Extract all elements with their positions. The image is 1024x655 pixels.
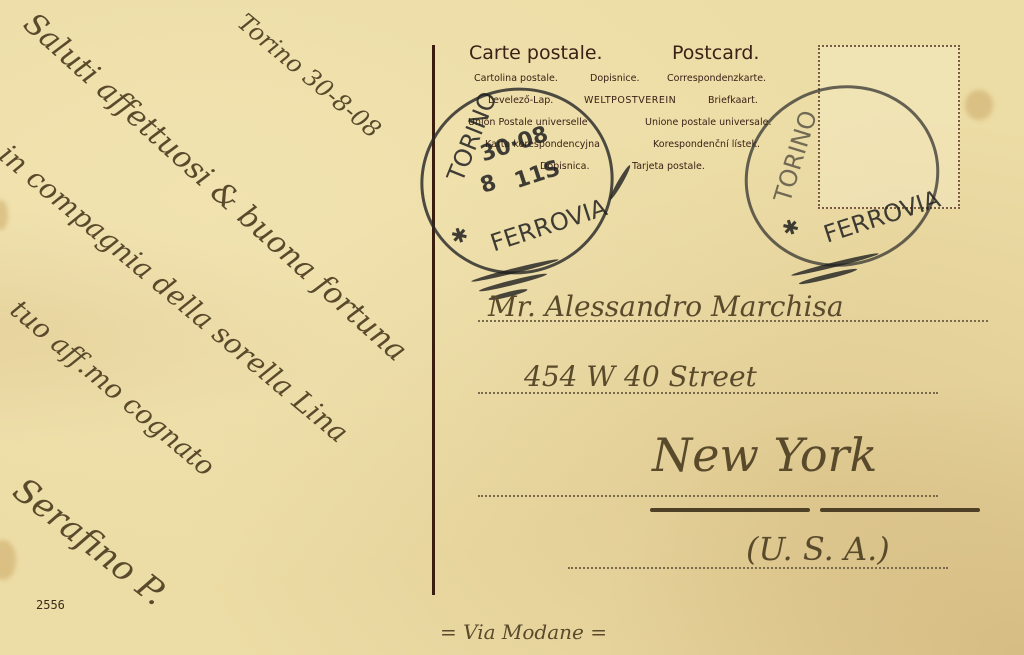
title-postcard: Postcard. bbox=[672, 42, 759, 64]
postmark-city: TORINO bbox=[769, 107, 823, 205]
title-carte-postale: Carte postale. bbox=[469, 42, 603, 64]
address-city: New York bbox=[652, 428, 877, 482]
address-street: 454 W 40 Street bbox=[524, 360, 757, 393]
postmark-code: 11S bbox=[511, 156, 563, 194]
postcard: Carte postale. Postcard. Cartolina posta… bbox=[0, 0, 1024, 655]
city-underline bbox=[650, 508, 810, 512]
star-icon: ✱ bbox=[779, 213, 802, 241]
postmark-office: FERROVIA bbox=[820, 185, 943, 249]
address-line-1 bbox=[478, 320, 988, 322]
postmark-office: FERROVIA bbox=[487, 193, 610, 257]
place-date: Torino 30-8-08 bbox=[232, 8, 386, 144]
age-stain bbox=[0, 200, 8, 230]
star-icon: ✱ bbox=[448, 221, 471, 249]
language-label: Unione postale universale. bbox=[645, 117, 771, 128]
postmark-city: TORINO bbox=[442, 88, 503, 186]
address-country: (U. S. A.) bbox=[746, 530, 890, 568]
age-stain bbox=[0, 540, 16, 580]
routing-via-modane: = Via Modane = bbox=[440, 620, 607, 644]
signature: Serafino P. bbox=[5, 470, 174, 614]
language-label: Correspondenzkarte. bbox=[667, 73, 766, 84]
address-line-4 bbox=[568, 567, 948, 569]
catalog-number: 2556 bbox=[36, 598, 65, 612]
address-line-3 bbox=[478, 495, 938, 497]
address-line-2 bbox=[478, 392, 938, 394]
language-label: Cartolina postale. bbox=[474, 73, 558, 84]
city-underline bbox=[820, 508, 980, 512]
language-label: Dopisnice. bbox=[590, 73, 640, 84]
language-label: Korespondenční lístek. bbox=[653, 139, 760, 150]
message-line-2: in compagnia della sorella Lina bbox=[0, 138, 355, 449]
center-divider bbox=[432, 45, 435, 595]
language-label: Tarjeta postale. bbox=[632, 161, 705, 172]
address-name: Mr. Alessandro Marchisa bbox=[488, 290, 844, 323]
postmark-hour: 8 bbox=[477, 170, 499, 199]
age-stain bbox=[965, 90, 993, 120]
language-label: Briefkaart. bbox=[708, 95, 758, 106]
weltpostverein-label: WELTPOSTVEREIN bbox=[584, 95, 676, 106]
